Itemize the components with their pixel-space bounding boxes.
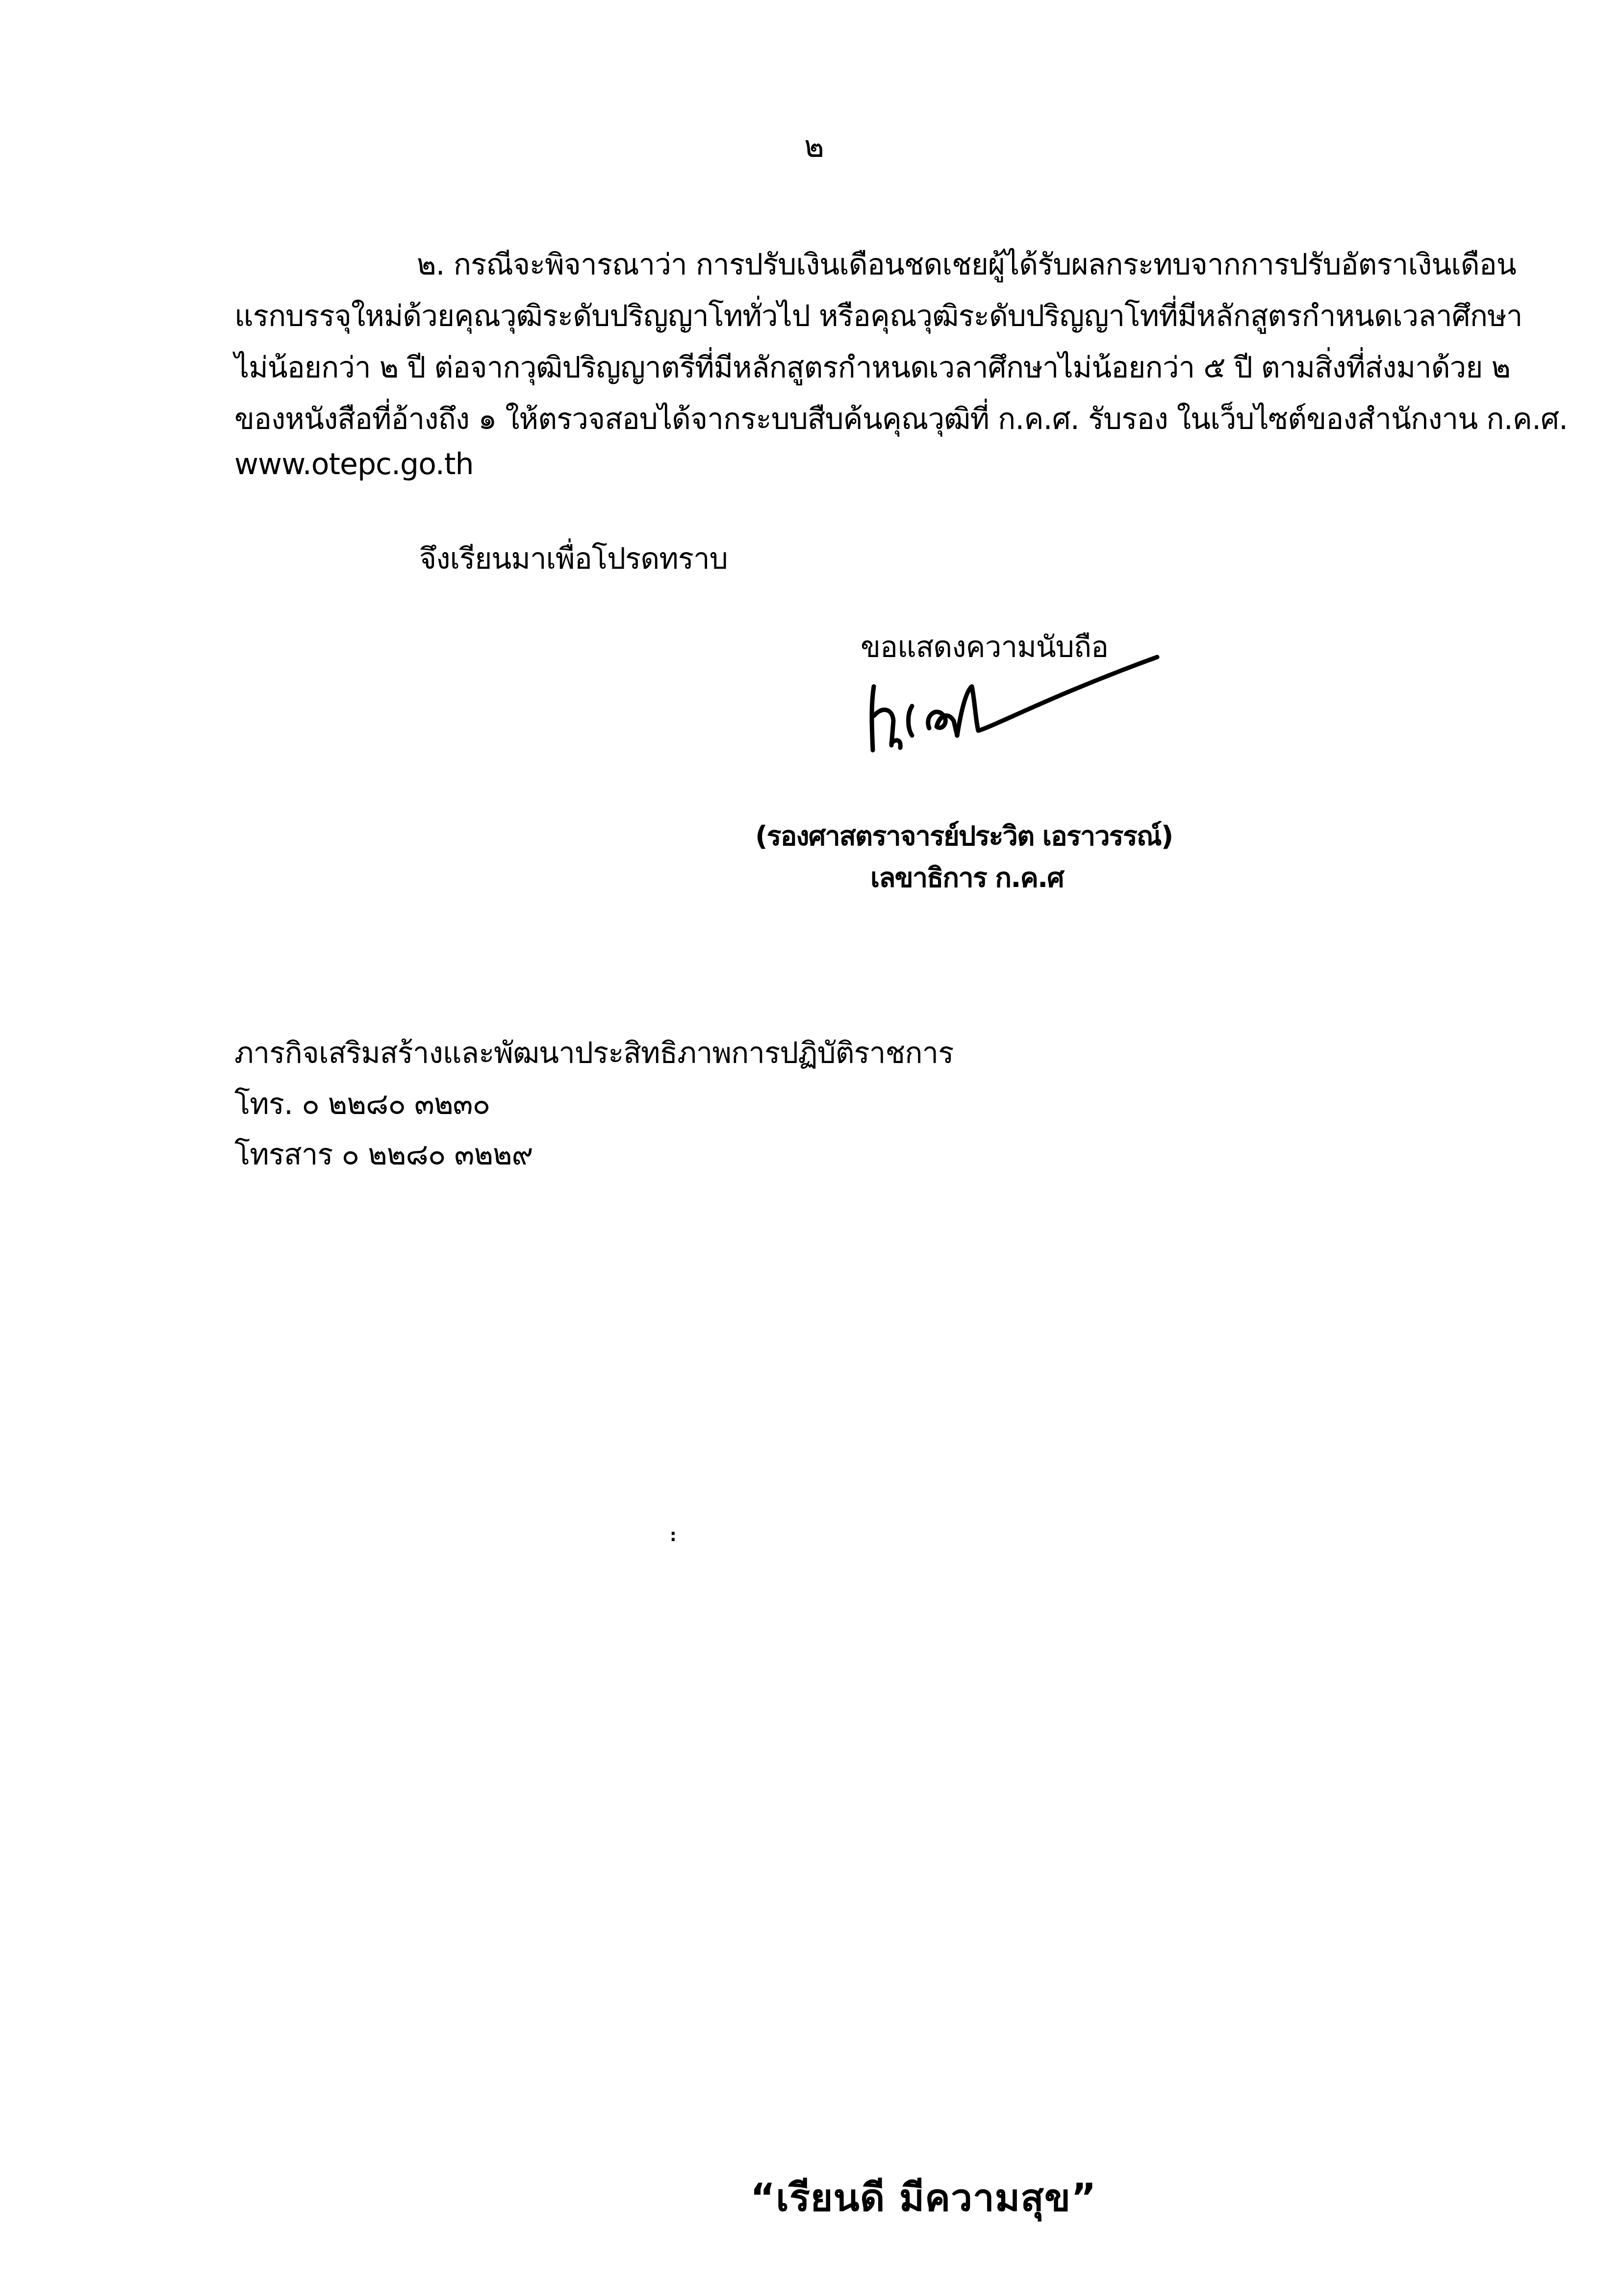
document-page: ๒ ๒. กรณีจะพิจารณาว่า การปรับเงินเดือนชด… <box>0 0 1624 2280</box>
telephone-number: โทร. ๐ ๒๒๘๐ ๓๒๓๐ <box>234 1089 490 1119</box>
paragraph-line-1: ๒. กรณีจะพิจารณาว่า การปรับเงินเดือนชดเช… <box>417 241 1490 288</box>
fax-number: โทรสาร ๐ ๒๒๘๐ ๓๒๒๙ <box>234 1140 533 1169</box>
signer-name: (รองศาสตราจารย์ประวิต เอราวรรณ์) <box>755 814 1172 858</box>
paragraph-line-4: ของหนังสือที่อ้างถึง ๑ ให้ตรวจสอบได้จากร… <box>234 396 1490 442</box>
department-name: ภารกิจเสริมสร้างและพัฒนาประสิทธิภาพการปฏ… <box>234 1039 954 1068</box>
website-link[interactable]: www.otepc.go.th <box>234 447 473 481</box>
page-number: ๒ <box>804 123 824 171</box>
slogan: “เรียนดี มีความสุข” <box>750 2167 1096 2228</box>
stray-mark: : <box>670 1526 677 1545</box>
signer-title: เลขาธิการ ก.ค.ศ <box>870 856 1064 899</box>
paragraph-line-3: ไม่น้อยกว่า ๒ ปี ต่อจากวุฒิปริญญาตรีที่ม… <box>234 344 1490 391</box>
signature-icon <box>843 642 1196 770</box>
paragraph-line-2: แรกบรรจุใหม่ด้วยคุณวุฒิระดับปริญญาโททั่ว… <box>234 293 1490 339</box>
closing-sentence: จึงเรียนมาเพื่อโปรดทราบ <box>419 544 728 574</box>
